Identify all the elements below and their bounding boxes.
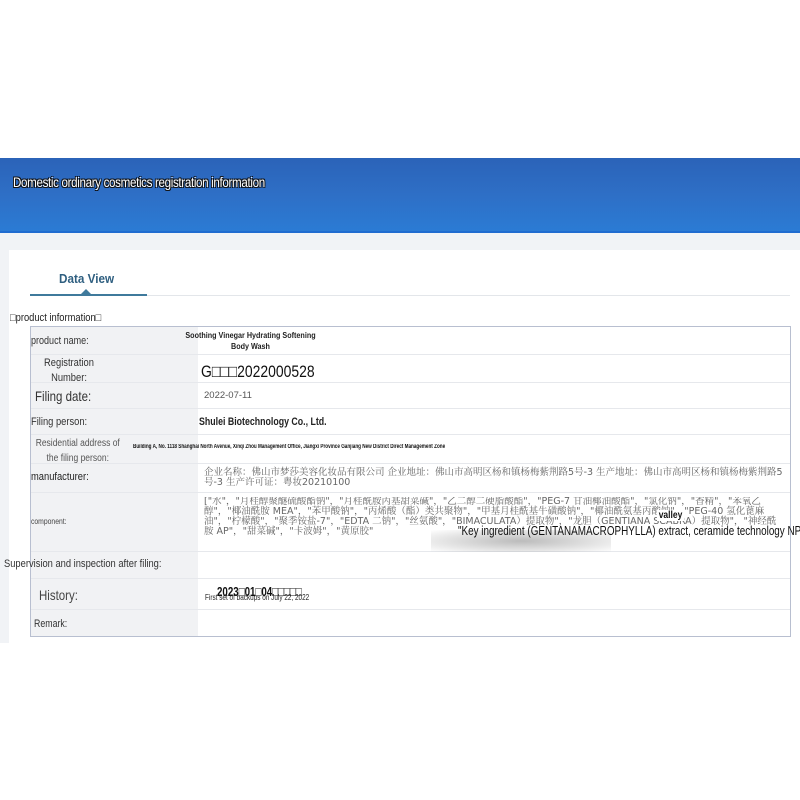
tab-data-view[interactable]: Data View xyxy=(59,271,114,286)
section-title: □product information□ xyxy=(10,312,101,324)
product-name-label: product name: xyxy=(31,335,89,347)
filing-person-value: Shulei Biotechnology Co., Ltd. xyxy=(199,416,327,428)
product-info-table: product name: Soothing Vinegar Hydrating… xyxy=(30,326,791,637)
supervision-label: Supervision and inspection after filing: xyxy=(4,558,161,570)
filing-date-value: 2022-07-11 xyxy=(204,390,252,401)
row-divider xyxy=(31,354,790,355)
product-name-value: Soothing Vinegar Hydrating Softening Bod… xyxy=(183,330,318,352)
row-divider xyxy=(31,492,790,493)
component-overlay-note: "Key ingredient (GENTANAMACROPHYLLA) ext… xyxy=(458,523,800,538)
row-divider xyxy=(31,609,790,610)
active-tab-indicator xyxy=(30,294,147,296)
filing-date-label: Filing date: xyxy=(35,388,91,404)
tab-divider xyxy=(147,295,790,296)
manufacturer-value: 企业名称：佛山市梦莎美容化妆品有限公司 企业地址：佛山市高明区杨和镇杨梅紫荆路5… xyxy=(204,468,784,488)
component-label: component: xyxy=(31,517,67,526)
history-overlay: 2023□01□04□□□□□ xyxy=(217,584,302,599)
row-divider xyxy=(31,408,790,409)
row-divider xyxy=(31,578,790,579)
caret-up-icon xyxy=(81,289,91,294)
row-divider xyxy=(31,551,790,552)
residential-address-value: Building A, No. 1118 Shanghai North Aven… xyxy=(133,444,445,450)
history-label: History: xyxy=(39,587,78,603)
remark-label: Remark: xyxy=(34,618,67,630)
page-title: Domestic ordinary cosmetics registration… xyxy=(13,175,265,190)
filing-person-label: Filing person: xyxy=(31,416,87,428)
registration-number-label: Registration Number: xyxy=(35,356,103,386)
row-divider xyxy=(31,434,790,435)
registration-number-value: G□□□2022000528 xyxy=(201,362,315,382)
residential-address-label: Residential address of the filing person… xyxy=(31,436,125,466)
component-overlay-word: valley xyxy=(657,510,684,521)
row-divider xyxy=(31,463,790,464)
manufacturer-label: manufacturer: xyxy=(31,471,89,483)
header-banner: Domestic ordinary cosmetics registration… xyxy=(0,158,800,233)
row-divider xyxy=(31,382,790,383)
